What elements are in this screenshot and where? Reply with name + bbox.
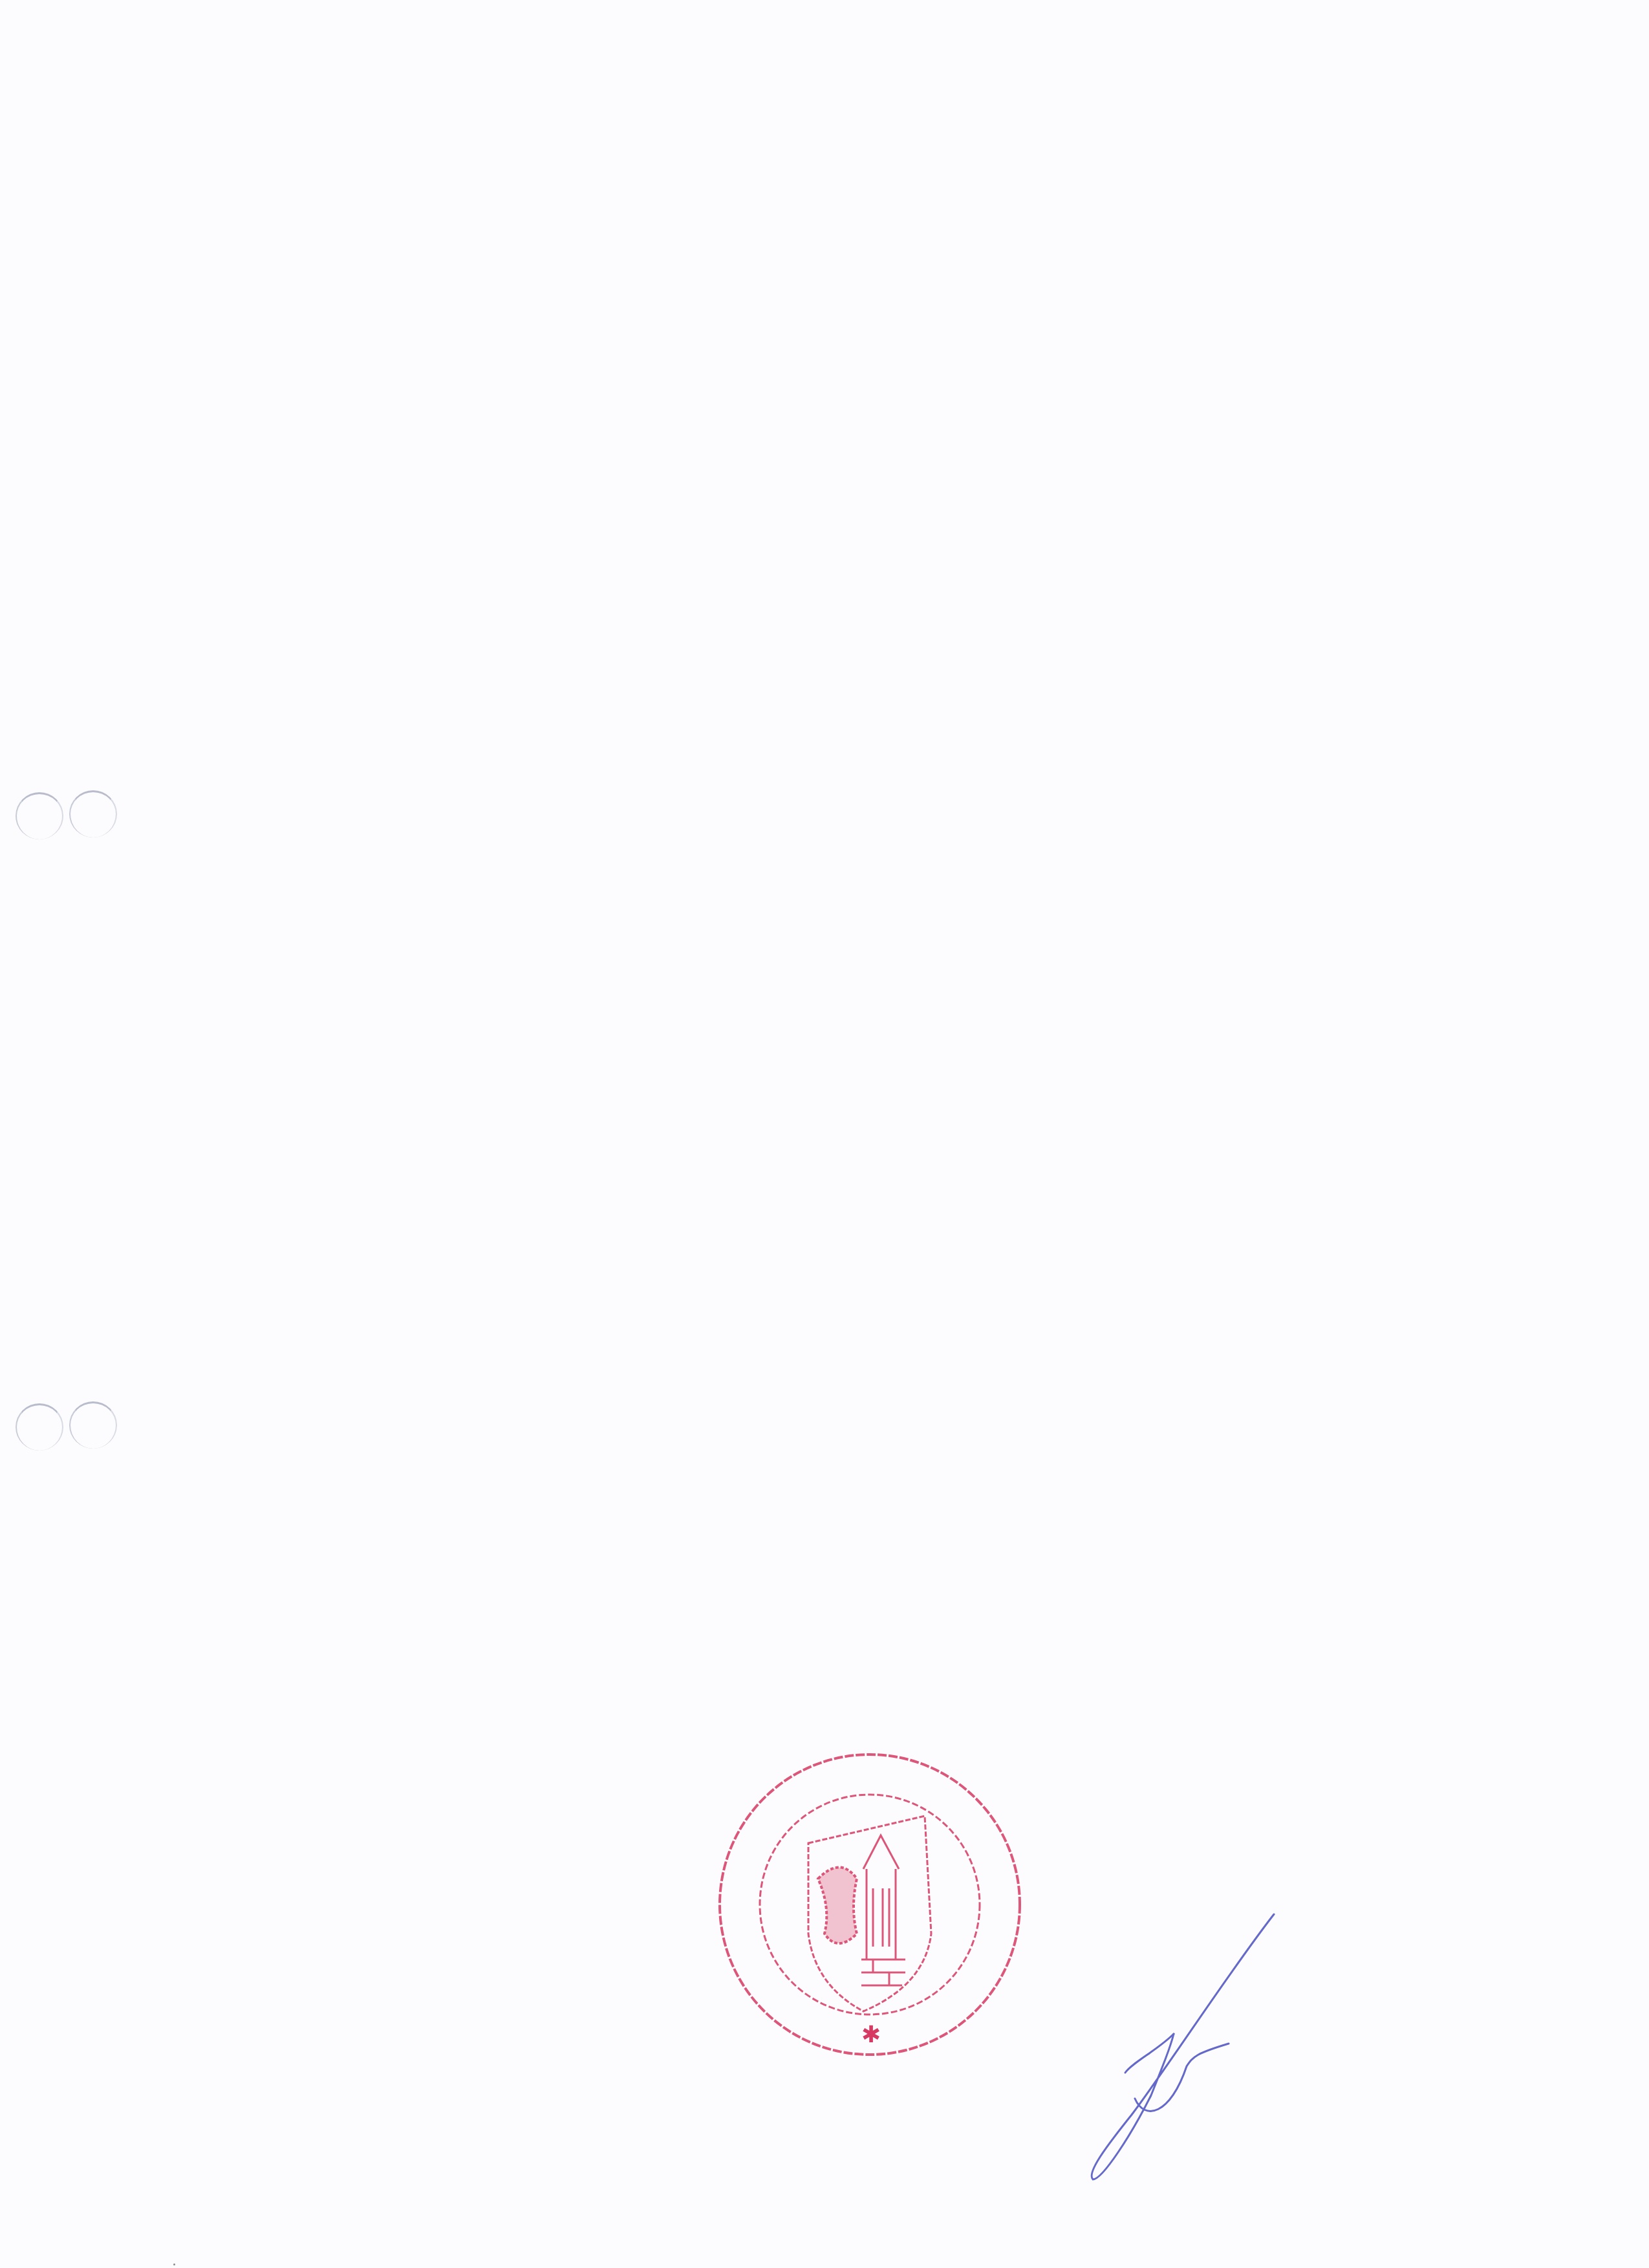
- scan-speck: [173, 2263, 175, 2265]
- official-seal: ✱: [711, 1740, 1035, 2063]
- seal-star-icon: ✱: [861, 2021, 881, 2047]
- punch-hole-mark: [16, 792, 63, 839]
- punch-hole-mark: [69, 1401, 117, 1449]
- item-1-text: [259, 721, 1432, 759]
- resolution-subject: [200, 254, 1432, 318]
- subject-line-2: [200, 286, 1432, 318]
- subject-line-1: [200, 254, 1432, 286]
- document-page: ✱: [0, 0, 1649, 2268]
- punch-hole-mark: [16, 1403, 63, 1451]
- punch-hole-mark: [69, 790, 117, 837]
- handwritten-signature: [1035, 1901, 1306, 2186]
